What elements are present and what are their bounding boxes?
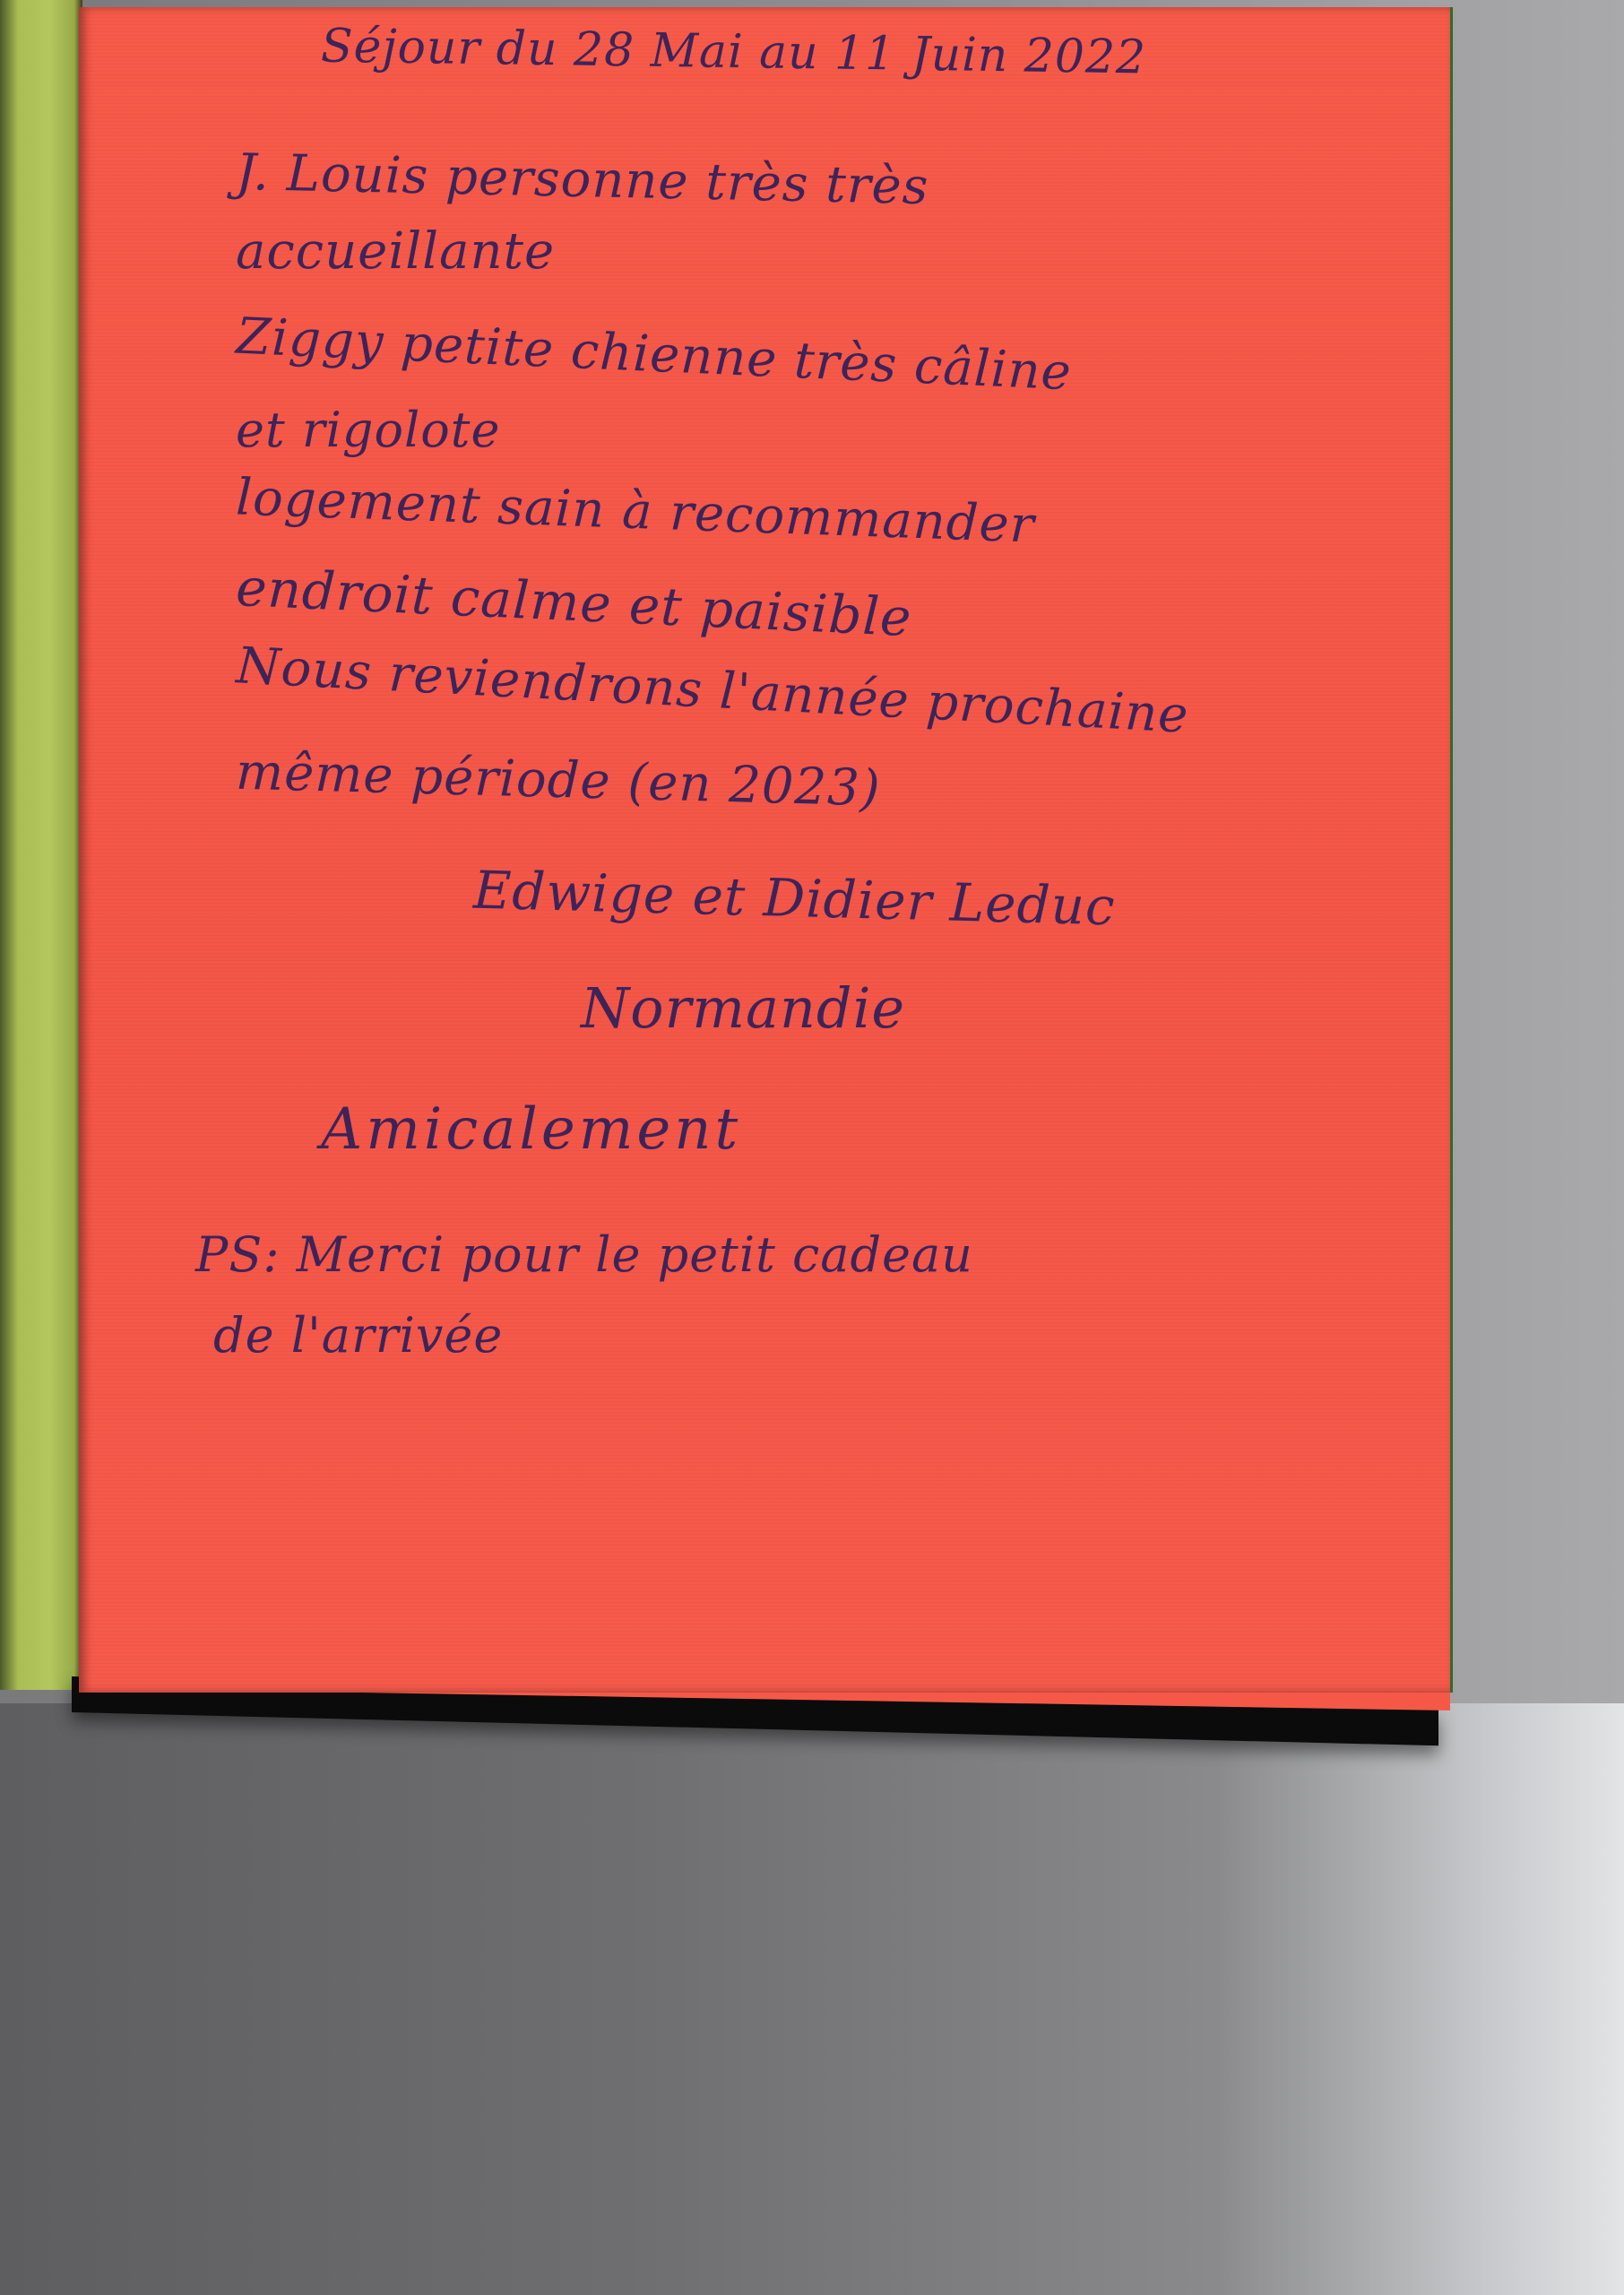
handwritten-line: Ziggy petite chienne très câline — [235, 307, 1073, 403]
notebook-spine — [0, 0, 82, 1690]
handwritten-line: et rigolote — [236, 402, 500, 458]
handwritten-line: même période (en 2023) — [235, 743, 881, 818]
signature: Edwige et Didier Leduc — [472, 860, 1116, 938]
handwritten-line: accueillante — [236, 222, 555, 281]
closing-salutation: Amicalement — [321, 1096, 741, 1163]
stay-dates-header: Séjour du 28 Mai au 11 Juin 2022 — [321, 20, 1147, 85]
handwritten-line: Nous reviendrons l'année prochaine — [235, 637, 1190, 745]
signature-region: Normandie — [581, 975, 905, 1041]
guestbook-page: Séjour du 28 Mai au 11 Juin 2022 J. Loui… — [79, 7, 1453, 1693]
handwritten-line: endroit calme et paisible — [235, 557, 913, 648]
handwritten-line: logement sain à recommander — [235, 468, 1035, 554]
postscript-line: de l'arrivée — [213, 1307, 503, 1364]
postscript-line: PS: Merci pour le petit cadeau — [195, 1226, 973, 1283]
handwritten-line: J. Louis personne très très — [235, 143, 929, 216]
